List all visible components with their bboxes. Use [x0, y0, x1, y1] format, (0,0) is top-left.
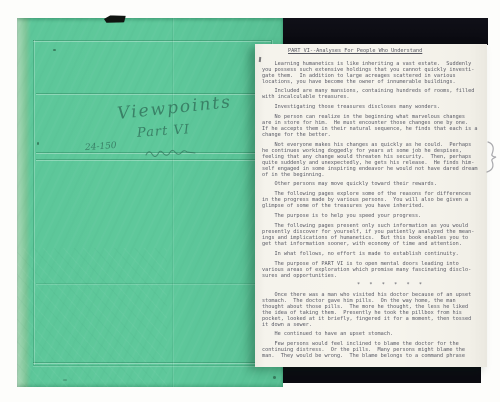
book-cover: Viewpoints Part VI 24-150: [17, 18, 283, 387]
black-backdrop-bottom: [283, 366, 481, 383]
embossed-rule: [33, 362, 283, 363]
leather-grain-texture-corner: [17, 248, 167, 387]
embossed-rule: [36, 93, 268, 94]
embossed-rule: [33, 365, 283, 366]
pencil-tick-mark: [258, 57, 260, 62]
typed-paragraph: Once there was a man who visited his doc…: [262, 292, 487, 328]
typed-paragraph: The following pages explore some of the …: [262, 191, 487, 209]
speck: [63, 379, 67, 381]
typed-paragraph: The following pages present only such in…: [262, 223, 487, 247]
page-title: PART VI--Analyses For People Who Underst…: [288, 48, 487, 54]
speck: [37, 142, 39, 145]
embossed-rule-vertical: [33, 40, 34, 365]
pencil-margin-bracket: [486, 141, 498, 173]
speck: [53, 49, 56, 51]
typed-paragraph: Investigating those treasures discloses …: [262, 104, 487, 110]
book-photo: Viewpoints Part VI 24-150 PART VI--Analy…: [0, 0, 500, 402]
typed-page: PART VI--Analyses For People Who Underst…: [255, 44, 487, 367]
typed-paragraph: Other persons may move quickly toward th…: [262, 181, 487, 187]
typed-paragraph: Not everyone makes his changes as quickl…: [262, 142, 487, 178]
typed-paragraph: He continued to have an upset stomach.: [262, 331, 487, 337]
speck: [273, 376, 276, 379]
typed-paragraph: Included are many mansions, containing h…: [262, 88, 487, 100]
typed-paragraph: Learning humanetics is like inheriting a…: [262, 61, 487, 85]
handwritten-scribble: [145, 146, 197, 160]
asterisk-separator: * * * * * *: [357, 282, 487, 288]
cover-crease: [172, 18, 173, 387]
typed-paragraph: The purpose is to help you speed your pr…: [262, 213, 487, 219]
typed-paragraph: In what follows, no effort is made to es…: [262, 251, 487, 257]
embossed-rule: [33, 40, 271, 41]
embossed-rule: [36, 283, 268, 284]
black-backdrop-top: [283, 18, 488, 45]
typed-paragraph: Few persons would feel inclined to blame…: [262, 341, 487, 359]
typed-paragraph: The purpose of PART VI is to open mental…: [262, 261, 487, 279]
typed-paragraph: No person can realize in the beginning w…: [262, 114, 487, 138]
dark-clip-mark: [104, 14, 127, 24]
